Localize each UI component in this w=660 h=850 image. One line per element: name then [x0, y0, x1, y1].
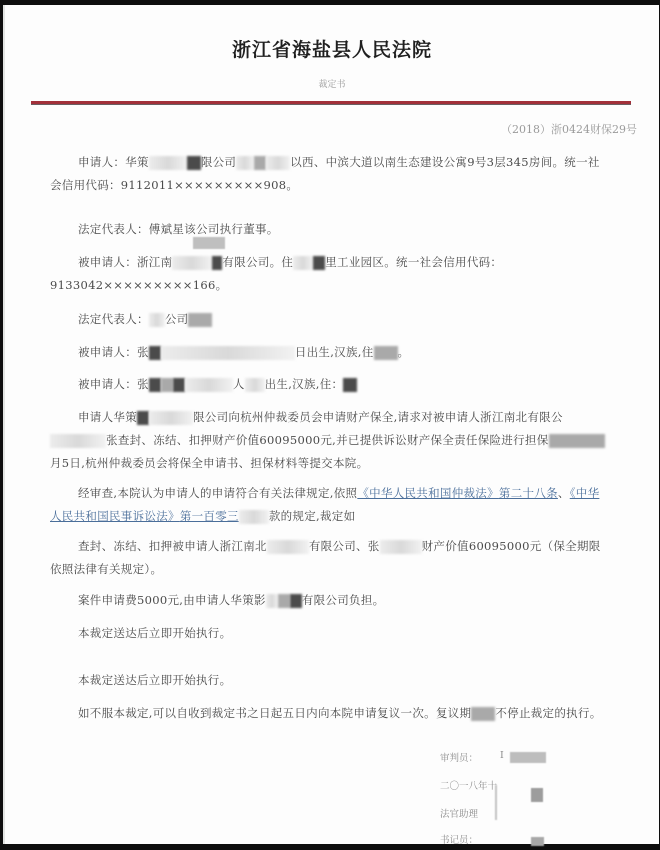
redaction — [313, 256, 325, 270]
redaction — [149, 411, 193, 425]
applicant-rep-title: 该公司执行董事。 — [184, 222, 278, 236]
respondent2-details: 日出生,汉族,住 — [295, 345, 374, 359]
document-page: 浙江省海盐县人民法院 裁定书 （2018）浙0424财保29号 申请人：华策限公… — [3, 5, 659, 844]
redaction — [374, 346, 398, 360]
redaction — [245, 378, 265, 392]
redaction — [173, 378, 185, 392]
redaction — [495, 785, 497, 820]
respondent3-mid: 人 — [233, 377, 245, 391]
redaction — [343, 378, 357, 392]
respondent3-paragraph: 被申请人：张人出生,汉族,住： — [50, 373, 605, 396]
redaction — [254, 156, 266, 170]
redaction — [236, 156, 254, 170]
redaction — [531, 788, 543, 802]
judge-label: 审判员： — [440, 750, 478, 764]
judge-name: I — [500, 750, 504, 761]
redaction — [212, 256, 222, 270]
arbitration-law-link[interactable]: 《中华人民共和国仲裁法》 — [357, 486, 499, 500]
appeal-text: 如不服本裁定,可以自收到裁定书之日起五日内向本院申请复议一次。复议期 — [78, 706, 471, 720]
applicant-rep-label: 法定代表人：傅斌星 — [78, 222, 184, 236]
redaction — [266, 156, 290, 170]
redaction — [471, 707, 495, 721]
respondent1-rep-company: 公司 — [165, 312, 189, 326]
facts-text: 查封、冻结、扣押财产价值60095000元,并已提供诉讼财产保全 — [118, 433, 454, 447]
redaction — [266, 594, 278, 608]
article-103-link[interactable]: 第一百零三 — [180, 509, 239, 523]
respondent2-label: 被申请人：张 — [78, 345, 149, 359]
redaction — [549, 434, 605, 448]
respondent1-rep-paragraph: 法定代表人：公司 — [50, 308, 605, 331]
respondent3-label: 被申请人：张 — [78, 377, 149, 391]
redaction — [239, 510, 269, 524]
redaction — [293, 256, 313, 270]
fee-text: 案件申请费5000元,由申请人华策影 — [78, 593, 266, 607]
header-divider — [31, 101, 631, 104]
redaction — [187, 156, 201, 170]
facts-paragraph: 申请人华策限公司向杭州仲裁委员会申请财产保全,请求对被申请人浙江南北有限公张查封… — [50, 406, 605, 475]
redaction — [172, 256, 212, 270]
redaction — [149, 156, 187, 170]
respondent1-name-suffix: 有限公司。住 — [222, 255, 293, 269]
effect-paragraph-1: 本裁定送达后立即开始执行。 — [50, 622, 605, 645]
redaction — [137, 411, 149, 425]
reasoning-text: 款的规定,裁定如 — [269, 509, 356, 523]
appeal-text: 不停止裁定的执行。 — [495, 706, 601, 720]
fee-text: 有限公司负担。 — [302, 593, 385, 607]
respondent1-paragraph: 被申请人：浙江南有限公司。住里工业园区。统一社会信用代码：9133042××××… — [50, 251, 605, 297]
respondent1-rep-label: 法定代表人： — [78, 312, 149, 326]
redaction — [380, 540, 422, 554]
facts-text: 责任保险进行担保 — [454, 433, 548, 447]
case-number: （2018）浙0424财保29号 — [501, 121, 637, 137]
effect-paragraph-2: 本裁定送达后立即开始执行。 — [50, 669, 605, 692]
redaction — [267, 540, 309, 554]
respondent2-end: 。 — [398, 345, 410, 359]
redaction — [149, 346, 161, 360]
applicant-name-suffix: 限公司 — [201, 155, 236, 169]
redaction — [278, 594, 290, 608]
facts-text: 限公司向杭州仲裁委员会申请财产保全,请求对被申请人浙江南北 — [193, 410, 527, 424]
reasoning-paragraph: 经审查,本院认为申请人的申请符合有关法律规定,依照《中华人民共和国仲裁法》第二十… — [50, 482, 605, 528]
applicant-paragraph: 申请人：华策限公司以西、中滨大道以南生态建设公寓9号3层345房间。统一社会信用… — [50, 151, 605, 197]
ruling-text: 查封、冻结、扣押被申请人浙江南北 — [78, 539, 267, 553]
redaction — [290, 594, 302, 608]
court-title: 浙江省海盐县人民法院 — [5, 35, 659, 62]
redaction — [510, 752, 546, 763]
redaction — [149, 313, 165, 327]
applicant-rep-paragraph: 法定代表人：傅斌星该公司执行董事。 — [50, 218, 605, 241]
respondent1-label: 被申请人：浙江南 — [78, 255, 172, 269]
date-text: 二〇一八年十 — [440, 778, 497, 792]
facts-text: 申请人华策 — [78, 410, 137, 424]
facts-text: 有限公 — [527, 410, 562, 424]
redaction — [50, 434, 106, 448]
assistant-label: 法官助理 — [440, 806, 478, 820]
ruling-paragraph: 查封、冻结、扣押被申请人浙江南北有限公司、张财产价值60095000元（保全期限… — [50, 535, 605, 581]
respondent3-details: 出生,汉族,住： — [265, 377, 344, 391]
clerk-label: 书记员： — [440, 832, 478, 846]
redaction — [188, 313, 212, 327]
facts-text: 月5日,杭州仲裁委员会将保全申请书、担保材料等提交本院。 — [50, 456, 368, 470]
appeal-paragraph: 如不服本裁定,可以自收到裁定书之日起五日内向本院申请复议一次。复议期不停止裁定的… — [50, 702, 605, 725]
fee-paragraph: 案件申请费5000元,由申请人华策影有限公司负担。 — [50, 589, 605, 612]
applicant-label: 申请人：华策 — [78, 155, 149, 169]
respondent2-paragraph: 被申请人：张日出生,汉族,住。 — [50, 341, 605, 364]
redaction — [149, 378, 161, 392]
redaction — [193, 237, 225, 249]
ruling-text: 财产价值60095000元 — [422, 539, 542, 553]
facts-text: 张 — [106, 433, 118, 447]
article-28-link[interactable]: 第二十八条 — [499, 486, 558, 500]
redaction — [161, 346, 295, 360]
redaction — [531, 837, 544, 846]
separator: 、 — [558, 486, 570, 500]
redaction — [161, 378, 173, 392]
redaction — [185, 378, 233, 392]
reasoning-text: 经审查,本院认为申请人的申请符合有关法律规定,依照 — [78, 486, 357, 500]
ruling-text: 有限公司、张 — [309, 539, 380, 553]
document-type: 裁定书 — [5, 77, 659, 90]
